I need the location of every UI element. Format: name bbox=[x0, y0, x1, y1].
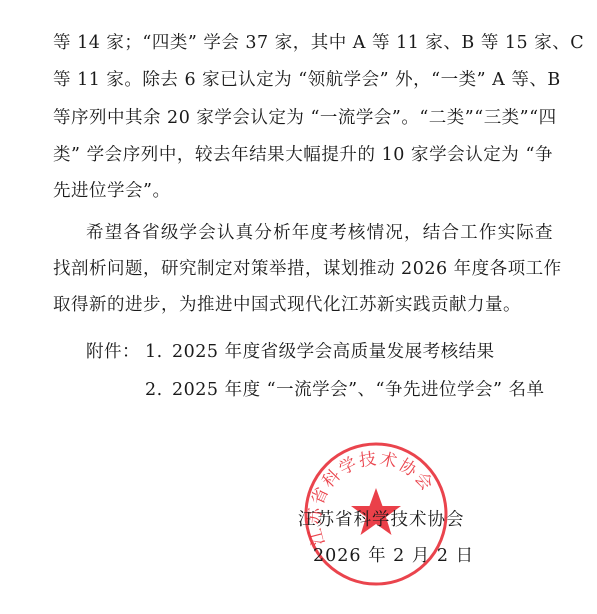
signature-date: 2026 年 2 月 2 日 bbox=[313, 545, 474, 567]
paragraph-1-line-1: 等 14 家；“四类” 学会 37 家，其中 A 等 11 家、B 等 15 家… bbox=[53, 32, 553, 54]
paragraph-2-line-1: 希望各省级学会认真分析年度考核情况，结合工作实际查 bbox=[86, 222, 553, 244]
svg-text:江苏省科学技术协会: 江苏省科学技术协会 bbox=[305, 449, 438, 548]
paragraph-1-line-3: 等序列中其余 20 家学会认定为 “一流学会”。“二类”“三类”“四 bbox=[53, 107, 553, 129]
paragraph-1-line-2: 等 11 家。除去 6 家已认定为 “领航学会” 外，“一类” A 等、B bbox=[53, 69, 553, 91]
attachment-1-number: 1. bbox=[145, 341, 163, 363]
attachment-1-title: 2025 年度省级学会高质量发展考核结果 bbox=[172, 341, 495, 363]
paragraph-2-line-2: 找剖析问题，研究制定对策举措，谋划推动 2026 年度各项工作 bbox=[53, 258, 553, 280]
attachment-2-number: 2. bbox=[145, 379, 163, 401]
paragraph-1-line-5: 先进位学会”。 bbox=[53, 180, 553, 202]
paragraph-2-line-3: 取得新的进步，为推进中国式现代化江苏新实践贡献力量。 bbox=[53, 294, 553, 316]
paragraph-1-line-4: 类” 学会序列中，较去年结果大幅提升的 10 家学会认定为 “争 bbox=[53, 144, 553, 166]
signature-organization: 江苏省科学技术协会 bbox=[298, 509, 465, 531]
attachments-label: 附件： bbox=[86, 341, 140, 363]
attachment-2-title: 2025 年度 “一流学会”、“争先进位学会” 名单 bbox=[172, 379, 545, 401]
